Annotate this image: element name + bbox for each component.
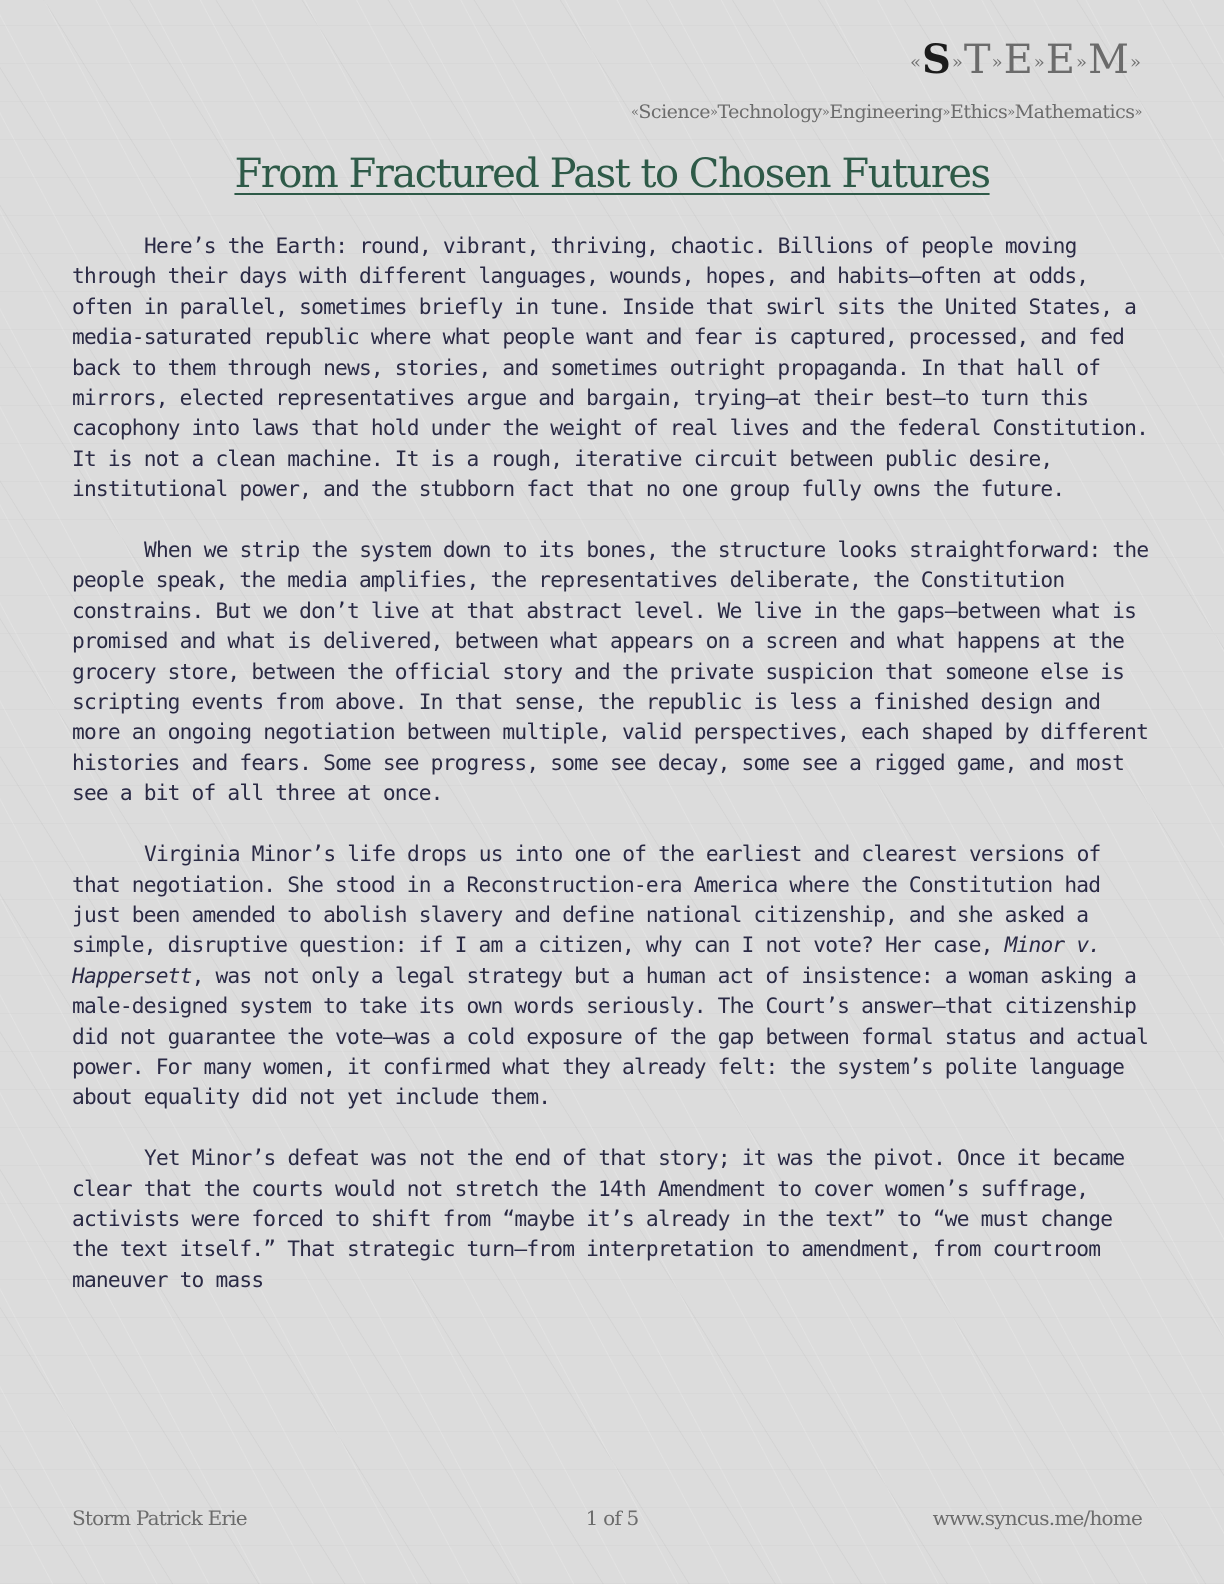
double-arrow-icon: » [952,52,964,73]
document-title: From Fractured Past to Chosen Futures [0,146,1224,202]
subtitle-mathematics: Mathematics [1015,101,1135,123]
double-arrow-icon: « [910,52,922,73]
logo-letter-t: T [964,37,992,83]
paragraph: When we strip the system down to its bon… [72,535,1152,809]
subtitle-science: Science [638,101,710,123]
paragraph: Virginia Minor’s life drops us into one … [72,839,1152,1113]
logo-letter-s: S [922,36,952,83]
paragraph: Yet Minor’s defeat was not the end of th… [72,1143,1152,1295]
paragraph: Here’s the Earth: round, vibrant, thrivi… [72,231,1152,505]
steem-subtitle: «Science»Technology»Engineering»Ethics»M… [631,99,1142,126]
double-arrow-icon: » [1034,52,1046,73]
double-arrow-icon: » [1130,52,1142,73]
paragraph-text: Virginia Minor’s life drops us into one … [72,841,1100,957]
logo-letter-m: M [1088,37,1130,83]
double-arrow-icon: » [1076,52,1088,73]
double-arrow-icon: » [1007,105,1014,120]
double-arrow-icon: » [1135,105,1142,120]
subtitle-ethics: Ethics [950,101,1007,123]
double-arrow-icon: » [943,105,950,120]
paragraph-text: , was not only a legal strategy but a hu… [72,963,1148,1110]
footer-website-link[interactable]: www.syncus.me/home [933,1504,1142,1532]
logo-letter-e2: E [1046,37,1076,83]
subtitle-engineering: Engineering [829,101,942,123]
logo-letter-e1: E [1004,37,1034,83]
steem-logo: «S»T»E»E»M» [910,36,1142,87]
document-body: Here’s the Earth: round, vibrant, thrivi… [72,231,1152,1326]
double-arrow-icon: » [992,52,1004,73]
subtitle-technology: Technology [717,101,821,123]
